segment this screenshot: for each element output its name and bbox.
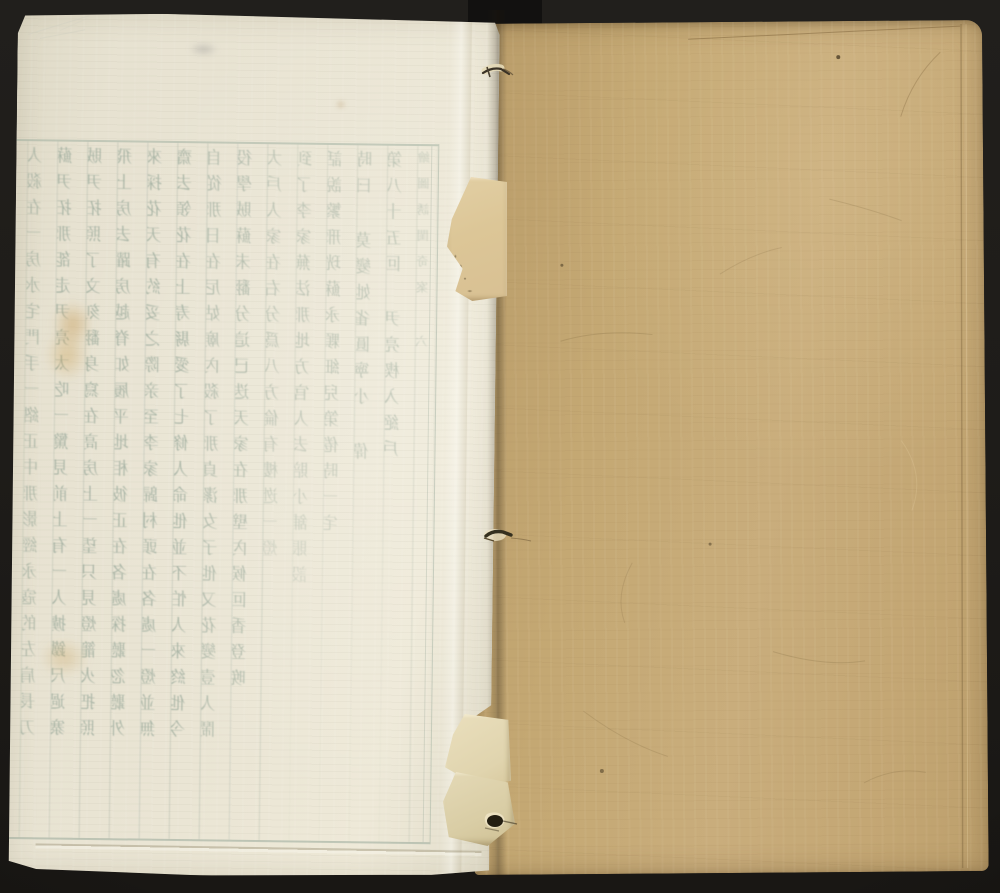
- left-page: 繪圖誘閨奇案 六 第八十五回 尹亮楔入絕戶 時曰 莫變她雀圓寧小 偉 話說繁邢珖…: [7, 12, 500, 879]
- stitch-hole-top: [479, 57, 517, 87]
- page-bottom-torn-edge: [35, 843, 481, 863]
- ink-smudge: [183, 40, 223, 59]
- stitch-hole-bottom: [477, 806, 521, 838]
- showthrough-text-block: 繪圖誘閨奇案 六 第八十五回 尹亮楔入絕戶 時曰 莫變她雀圓寧小 偉 話說繁邢珖…: [0, 139, 439, 844]
- showthrough-columns: 繪圖誘閨奇案 六 第八十五回 尹亮楔入絕戶 時曰 莫變她雀圓寧小 偉 話說繁邢珖…: [0, 141, 438, 842]
- foxing-dot: [335, 100, 347, 109]
- photo-canvas: 繪圖誘閨奇案 六 第八十五回 尹亮楔入絕戶 時曰 莫變她雀圓寧小 偉 話說繁邢珖…: [0, 0, 1000, 893]
- back-cover: [468, 20, 989, 875]
- stitch-hole-middle: [481, 524, 533, 548]
- cover-crease-lines: [468, 20, 989, 875]
